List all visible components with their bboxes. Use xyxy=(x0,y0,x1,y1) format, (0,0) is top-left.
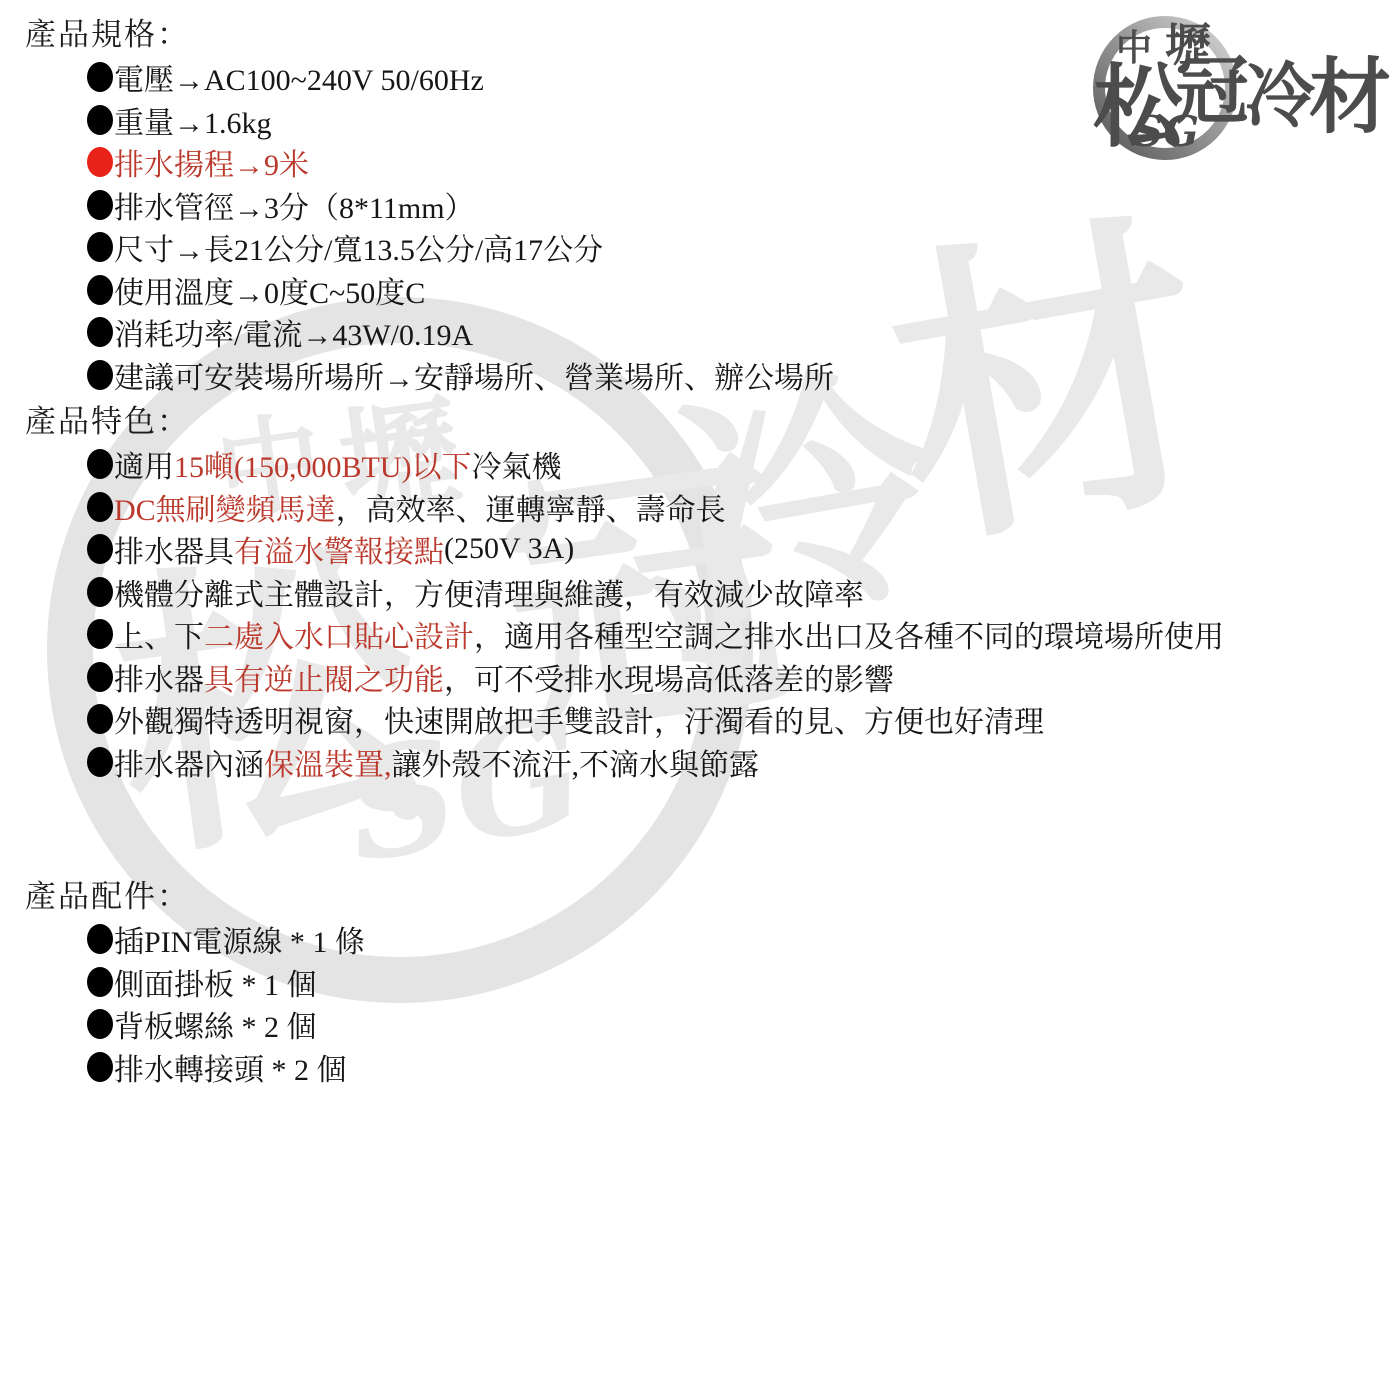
features-item: 適用15噸(150,000BTU)以下冷氣機 xyxy=(25,443,1400,486)
item-text: 建議可安裝場所場所→安靜場所、營業場所、辦公場所 xyxy=(114,353,834,397)
section-accessories: 產品配件： 插PIN電源線 * 1 條側面掛板 * 1 個背板螺絲 * 2 個排… xyxy=(25,876,1400,1088)
accessories-item: 側面掛板 * 1 個 xyxy=(25,961,1400,1004)
item-text: 排水轉接頭 * 2 個 xyxy=(114,1045,347,1089)
item-text: 適用 xyxy=(114,442,174,486)
item-text: 使用溫度→0度C~50度C xyxy=(114,268,425,312)
features-item: 排水器具有溢水警報接點(250V 3A) xyxy=(25,528,1400,571)
item-text: 重量→1.6kg xyxy=(114,98,272,142)
bullet-dot-black xyxy=(87,492,113,522)
bullet-dot-black xyxy=(87,232,113,262)
item-text: 消耗功率/電流→43W/0.19A xyxy=(114,310,473,354)
item-text: 側面掛板 * 1 個 xyxy=(114,960,317,1004)
item-text: 讓外殼不流汗,不滴水與節露 xyxy=(392,740,760,784)
specs-item: 排水管徑→3分（8*11mm） xyxy=(25,184,1400,227)
item-text: 冷氣機 xyxy=(471,442,561,486)
features-item: 排水器內涵保溫裝置,讓外殼不流汗,不滴水與節露 xyxy=(25,741,1400,784)
bullet-dot-black xyxy=(87,619,113,649)
section-title: 產品規格： xyxy=(25,14,1400,56)
item-text: 排水器 xyxy=(114,655,204,699)
item-text: ，高效率、運轉寧靜、壽命長 xyxy=(336,485,726,529)
features-item: 排水器具有逆止閥之功能，可不受排水現場高低落差的影響 xyxy=(25,656,1400,699)
bullet-dot-black xyxy=(87,704,113,734)
bullet-dot-red xyxy=(87,147,113,177)
bullet-dot-black xyxy=(87,924,113,954)
specs-item: 尺寸→長21公分/寬13.5公分/高17公分 xyxy=(25,226,1400,269)
section-features: 產品特色： 適用15噸(150,000BTU)以下冷氣機DC無刷變頻馬達，高效率… xyxy=(25,401,1400,783)
bullet-dot-black xyxy=(87,275,113,305)
features-item: 上、下二處入水口貼心設計，適用各種型空調之排水出口及各種不同的環境場所使用 xyxy=(25,613,1400,656)
section-item-list: 電壓→AC100~240V 50/60Hz重量→1.6kg排水揚程→9米排水管徑… xyxy=(25,56,1400,396)
bullet-dot-black xyxy=(87,360,113,390)
features-item: 機體分離式主體設計，方便清理與維護，有效減少故障率 xyxy=(25,571,1400,614)
item-text: 排水器內涵 xyxy=(114,740,264,784)
item-text: ，可不受排水現場高低落差的影響 xyxy=(444,655,894,699)
bullet-dot-black xyxy=(87,967,113,997)
bullet-dot-black xyxy=(87,577,113,607)
accessories-item: 背板螺絲 * 2 個 xyxy=(25,1003,1400,1046)
highlighted-text: 具有逆止閥之功能 xyxy=(204,655,444,699)
bullet-dot-black xyxy=(87,190,113,220)
highlighted-text: 15噸(150,000BTU)以下 xyxy=(174,442,471,486)
item-text: 尺寸→長21公分/寬13.5公分/高17公分 xyxy=(114,225,603,269)
specs-item: 使用溫度→0度C~50度C xyxy=(25,269,1400,312)
accessories-item: 插PIN電源線 * 1 條 xyxy=(25,918,1400,961)
bullet-dot-black xyxy=(87,747,113,777)
item-text: 上、下 xyxy=(114,612,204,656)
highlighted-text: DC無刷變頻馬達 xyxy=(114,485,336,529)
bullet-dot-black xyxy=(87,1009,113,1039)
highlighted-text: 有溢水警報接點 xyxy=(234,527,444,571)
bullet-dot-black xyxy=(87,662,113,692)
item-text: 排水器具 xyxy=(114,527,234,571)
item-text: 背板螺絲 * 2 個 xyxy=(114,1002,317,1046)
specs-item: 消耗功率/電流→43W/0.19A xyxy=(25,311,1400,354)
item-text: ，適用各種型空調之排水出口及各種不同的環境場所使用 xyxy=(474,612,1224,656)
highlighted-text: 二處入水口貼心設計 xyxy=(204,612,474,656)
bullet-dot-black xyxy=(87,449,113,479)
bullet-dot-black xyxy=(87,534,113,564)
bullet-dot-black xyxy=(87,1052,113,1082)
item-text: (250V 3A) xyxy=(444,532,574,566)
section-item-list: 插PIN電源線 * 1 條側面掛板 * 1 個背板螺絲 * 2 個排水轉接頭 *… xyxy=(25,918,1400,1088)
specs-item: 重量→1.6kg xyxy=(25,99,1400,142)
section-title: 產品特色： xyxy=(25,401,1400,443)
section-title: 產品配件： xyxy=(25,876,1400,918)
item-text: 電壓→AC100~240V 50/60Hz xyxy=(114,55,484,99)
features-item: DC無刷變頻馬達，高效率、運轉寧靜、壽命長 xyxy=(25,486,1400,529)
specs-item: 排水揚程→9米 xyxy=(25,141,1400,184)
accessories-item: 排水轉接頭 * 2 個 xyxy=(25,1046,1400,1089)
spec-sheet-body: 產品規格： 電壓→AC100~240V 50/60Hz重量→1.6kg排水揚程→… xyxy=(0,0,1400,1400)
item-text: 排水管徑→3分（8*11mm） xyxy=(114,183,475,227)
section-item-list: 適用15噸(150,000BTU)以下冷氣機DC無刷變頻馬達，高效率、運轉寧靜、… xyxy=(25,443,1400,783)
bullet-dot-black xyxy=(87,62,113,92)
features-item: 外觀獨特透明視窗，快速開啟把手雙設計，汙濁看的見、方便也好清理 xyxy=(25,698,1400,741)
specs-item: 建議可安裝場所場所→安靜場所、營業場所、辦公場所 xyxy=(25,354,1400,397)
item-text: 插PIN電源線 * 1 條 xyxy=(114,917,365,961)
item-text: 機體分離式主體設計，方便清理與維護，有效減少故障率 xyxy=(114,570,864,614)
section-specs: 產品規格： 電壓→AC100~240V 50/60Hz重量→1.6kg排水揚程→… xyxy=(25,14,1400,396)
item-text: 外觀獨特透明視窗，快速開啟把手雙設計，汙濁看的見、方便也好清理 xyxy=(114,697,1044,741)
specs-item: 電壓→AC100~240V 50/60Hz xyxy=(25,56,1400,99)
highlighted-text: 排水揚程→9米 xyxy=(114,140,309,184)
highlighted-text: 保溫裝置, xyxy=(264,740,392,784)
bullet-dot-black xyxy=(87,317,113,347)
bullet-dot-black xyxy=(87,105,113,135)
